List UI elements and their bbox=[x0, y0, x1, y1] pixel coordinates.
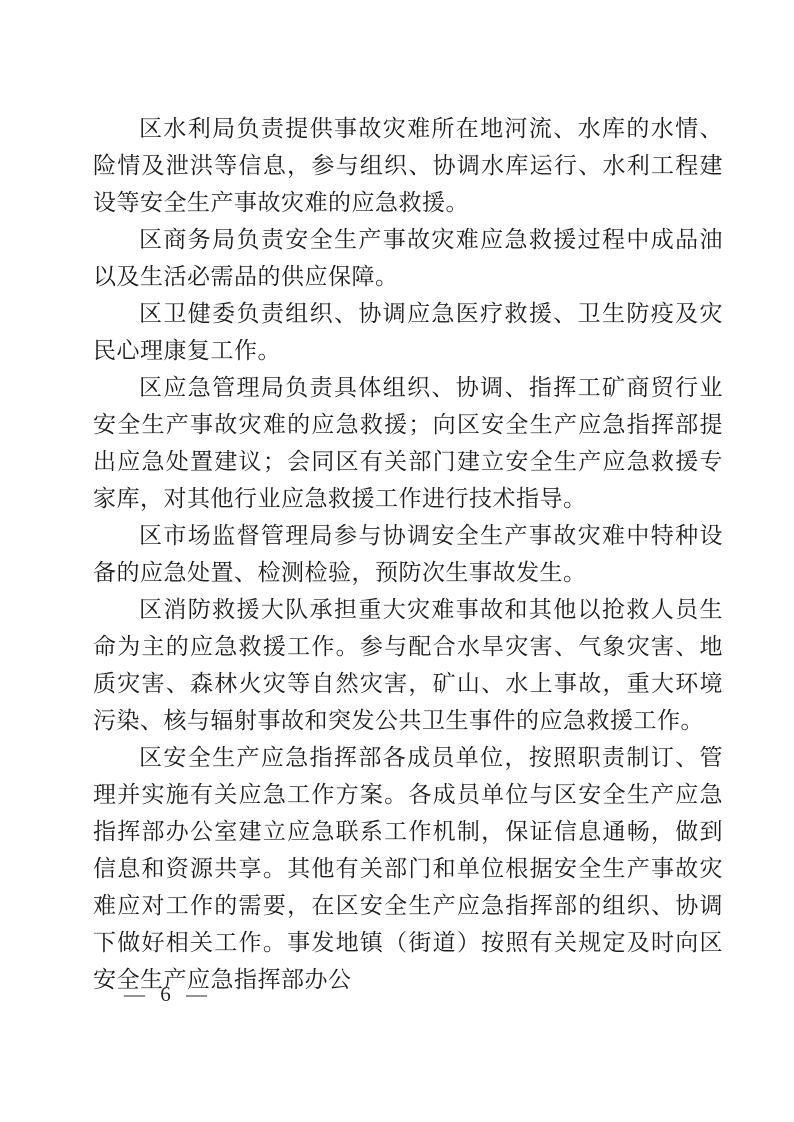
paragraph-water-bureau: 区水利局负责提供事故灾难所在地河流、水库的水情、险情及泄洪等信息，参与组织、协调… bbox=[93, 110, 723, 221]
paragraph-fire-rescue-brigade: 区消防救援大队承担重大灾难事故和其他以抢救人员生命为主的应急救援工作。参与配合水… bbox=[93, 591, 723, 739]
paragraph-commerce-bureau: 区商务局负责安全生产事故灾难应急救援过程中成品油以及生活必需品的供应保障。 bbox=[93, 221, 723, 295]
paragraph-market-regulation-bureau: 区市场监督管理局参与协调安全生产事故灾难中特种设备的应急处置、检测检验，预防次生… bbox=[93, 517, 723, 591]
paragraph-member-units: 区安全生产应急指挥部各成员单位，按照职责制订、管理并实施有关应急工作方案。各成员… bbox=[93, 739, 723, 998]
paragraph-health-commission: 区卫健委负责组织、协调应急医疗救援、卫生防疫及灾民心理康复工作。 bbox=[93, 295, 723, 369]
document-page: 区水利局负责提供事故灾难所在地河流、水库的水情、险情及泄洪等信息，参与组织、协调… bbox=[0, 0, 794, 1122]
paragraph-emergency-bureau: 区应急管理局负责具体组织、协调、指挥工矿商贸行业安全生产事故灾难的应急救援；向区… bbox=[93, 369, 723, 517]
page-number: — 6 — bbox=[124, 982, 207, 1006]
document-body: 区水利局负责提供事故灾难所在地河流、水库的水情、险情及泄洪等信息，参与组织、协调… bbox=[93, 110, 723, 998]
